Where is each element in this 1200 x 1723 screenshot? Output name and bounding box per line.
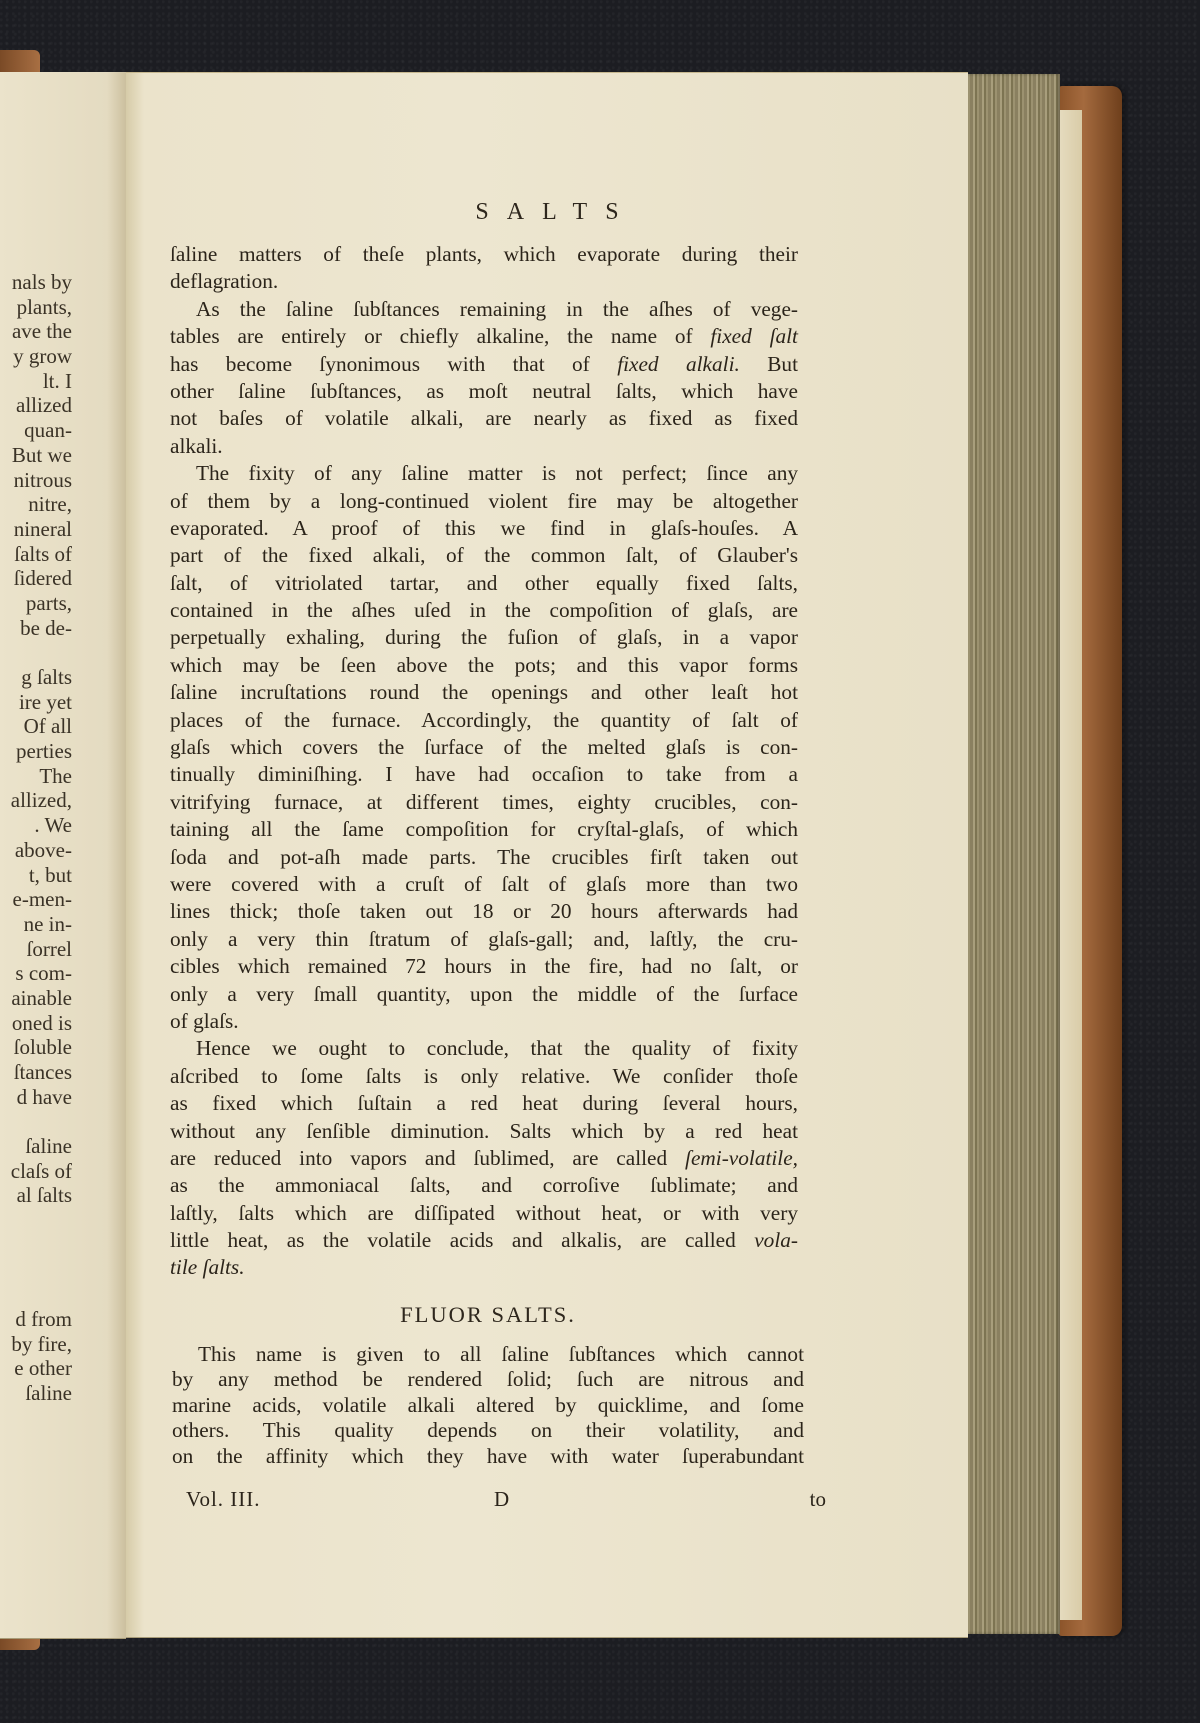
endpaper bbox=[1058, 110, 1082, 1620]
left-page-line bbox=[11, 1233, 72, 1258]
italic-term: fixed alkali. bbox=[617, 352, 740, 376]
text-line: This name is given to all ſaline ſubſtan… bbox=[172, 1342, 804, 1367]
paragraph: The fixity of any ſaline matter is not p… bbox=[170, 460, 798, 1035]
text-line: only a very thin ſtratum of glaſs-gall; … bbox=[170, 926, 798, 953]
text-line: cibles which remained 72 hours in the fi… bbox=[170, 953, 798, 980]
text-line: by any method be rendered ſolid; ſuch ar… bbox=[172, 1367, 804, 1392]
left-page-line bbox=[11, 1282, 72, 1307]
text-line: not baſes of volatile alkali, are nearly… bbox=[170, 405, 798, 432]
paragraph: Hence we ought to conclude, that the qua… bbox=[170, 1035, 798, 1282]
left-page-line: claſs of bbox=[11, 1159, 72, 1184]
fluor-salts-section: FLUOR SALTS.This name is given to all ſa… bbox=[172, 1287, 804, 1469]
left-page-line: ſorrel bbox=[11, 937, 72, 962]
left-page-line: nitrous bbox=[11, 468, 72, 493]
text-line: glaſs which covers the ſurface of the me… bbox=[170, 734, 798, 761]
left-page-line: But we bbox=[11, 443, 72, 468]
text-line: of glaſs. bbox=[170, 1008, 798, 1035]
text-line: evaporated. A proof of this we find in g… bbox=[170, 515, 798, 542]
text-line: which may be ſeen above the pots; and th… bbox=[170, 652, 798, 679]
body-text: ſaline matters of theſe plants, which ev… bbox=[170, 241, 798, 1282]
left-page-line: al ſalts bbox=[11, 1183, 72, 1208]
left-page-line: ſoluble bbox=[11, 1035, 72, 1060]
left-page-line: d from bbox=[11, 1307, 72, 1332]
text-line: ſalt, of vitriolated tartar, and other e… bbox=[170, 570, 798, 597]
left-page-line: ſaline bbox=[11, 1134, 72, 1159]
signature-mark: D bbox=[494, 1487, 509, 1512]
text-line: ſaline incruſtations round the openings … bbox=[170, 679, 798, 706]
left-page-line: parts, bbox=[11, 591, 72, 616]
text-line: tile ſalts. bbox=[170, 1254, 798, 1281]
text-line: The fixity of any ſaline matter is not p… bbox=[170, 460, 798, 487]
left-page-text-fragments: nals byplants,ave they growlt. Iallizedq… bbox=[11, 270, 72, 1406]
left-page-line: allized bbox=[11, 393, 72, 418]
text-line: part of the fixed alkali, of the common … bbox=[170, 542, 798, 569]
left-page-line: ſaline bbox=[11, 1381, 72, 1406]
page-footer: Vol. III. D to bbox=[186, 1487, 818, 1515]
gilt-page-edges bbox=[966, 74, 1060, 1634]
left-page-line: t, but bbox=[11, 863, 72, 888]
text-line: little heat, as the volatile acids and a… bbox=[170, 1227, 798, 1254]
text-line: perpetually exhaling, during the fuſion … bbox=[170, 624, 798, 651]
text-line: were covered with a cruſt of ſalt of gla… bbox=[170, 871, 798, 898]
text-line: tinually diminiſhing. I have had occaſio… bbox=[170, 761, 798, 788]
left-page-line: allized, bbox=[11, 788, 72, 813]
left-page-line: above- bbox=[11, 838, 72, 863]
left-page-line: g ſalts bbox=[11, 665, 72, 690]
section-heading: FLUOR SALTS. bbox=[172, 1302, 804, 1330]
left-page-line: y grow bbox=[11, 344, 72, 369]
left-page-line: ne in- bbox=[11, 912, 72, 937]
left-page-line: d have bbox=[11, 1085, 72, 1110]
text-line: of them by a long-continued violent fire… bbox=[170, 488, 798, 515]
paragraph: ſaline matters of theſe plants, which ev… bbox=[170, 241, 798, 296]
text-line: as the ammoniacal ſalts, and corroſive ſ… bbox=[170, 1172, 798, 1199]
left-page-line bbox=[11, 1258, 72, 1283]
text-line: taining all the ſame compoſition for cry… bbox=[170, 816, 798, 843]
left-page-line: e other bbox=[11, 1356, 72, 1381]
text-line: tables are entirely or chiefly alkaline,… bbox=[170, 323, 798, 350]
text-line: As the ſaline ſubſtances remaining in th… bbox=[170, 296, 798, 323]
italic-term: fixed ſalt bbox=[710, 324, 798, 348]
text-line: ſaline matters of theſe plants, which ev… bbox=[170, 241, 798, 268]
text-line: are reduced into vapors and ſublimed, ar… bbox=[170, 1145, 798, 1172]
text-line: contained in the aſhes uſed in the compo… bbox=[170, 597, 798, 624]
text-line: has become ſynonimous with that of fixed… bbox=[170, 351, 798, 378]
text-line: aſcribed to ſome ſalts is only relative.… bbox=[170, 1063, 798, 1090]
italic-term: vola- bbox=[754, 1228, 798, 1252]
text-line: ſoda and pot-aſh made parts. The crucibl… bbox=[170, 844, 798, 871]
right-page: SALTS ſaline matters of theſe plants, wh… bbox=[126, 72, 968, 1638]
left-page-line: nineral bbox=[11, 517, 72, 542]
italic-term: ſemi-volatile, bbox=[685, 1146, 798, 1170]
text-line: lines thick; thoſe taken out 18 or 20 ho… bbox=[170, 898, 798, 925]
text-line: vitrifying furnace, at different times, … bbox=[170, 789, 798, 816]
text-line: others. This quality depends on their vo… bbox=[172, 1418, 804, 1443]
text-line: as fixed which ſuſtain a red heat during… bbox=[170, 1090, 798, 1117]
left-page-line: ave the bbox=[11, 319, 72, 344]
left-page-line bbox=[11, 1109, 72, 1134]
text-line: deflagration. bbox=[170, 268, 798, 295]
text-line: places of the furnace. Accordingly, the … bbox=[170, 707, 798, 734]
left-page-line: Of all bbox=[11, 714, 72, 739]
left-page-line bbox=[11, 640, 72, 665]
left-page-line: plants, bbox=[11, 295, 72, 320]
paragraph: As the ſaline ſubſtances remaining in th… bbox=[170, 296, 798, 460]
left-page-line: nals by bbox=[11, 270, 72, 295]
left-page-line: oned is bbox=[11, 1011, 72, 1036]
italic-term: tile ſalts. bbox=[170, 1255, 245, 1279]
left-page-line: ſidered bbox=[11, 566, 72, 591]
text-line: without any ſenſible diminution. Salts w… bbox=[170, 1118, 798, 1145]
text-line: other ſaline ſubſtances, as moſt neutral… bbox=[170, 378, 798, 405]
left-page-line: . We bbox=[11, 813, 72, 838]
text-line: alkali. bbox=[170, 433, 798, 460]
running-head: SALTS bbox=[126, 199, 968, 226]
left-page-line: lt. I bbox=[11, 369, 72, 394]
left-page-line bbox=[11, 1208, 72, 1233]
text-line: Hence we ought to conclude, that the qua… bbox=[170, 1035, 798, 1062]
text-line: marine acids, volatile alkali altered by… bbox=[172, 1393, 804, 1418]
left-page: nals byplants,ave they growlt. Iallizedq… bbox=[0, 72, 126, 1639]
left-page-line: ſtances bbox=[11, 1060, 72, 1085]
volume-label: Vol. III. bbox=[186, 1487, 261, 1512]
left-page-line: ſalts of bbox=[11, 542, 72, 567]
left-page-line: perties bbox=[11, 739, 72, 764]
left-page-line: e-men- bbox=[11, 887, 72, 912]
text-line: laſtly, ſalts which are diſſipated witho… bbox=[170, 1200, 798, 1227]
text-line: on the affinity which they have with wat… bbox=[172, 1444, 804, 1469]
left-page-line: by fire, bbox=[11, 1332, 72, 1357]
left-page-line: be de- bbox=[11, 616, 72, 641]
left-page-line: s com- bbox=[11, 961, 72, 986]
text-line: only a very ſmall quantity, upon the mid… bbox=[170, 981, 798, 1008]
catchword: to bbox=[810, 1487, 826, 1512]
left-page-line: The bbox=[11, 764, 72, 789]
left-page-line: ainable bbox=[11, 986, 72, 1011]
left-page-line: ire yet bbox=[11, 690, 72, 715]
left-page-line: nitre, bbox=[11, 492, 72, 517]
left-page-line: quan- bbox=[11, 418, 72, 443]
